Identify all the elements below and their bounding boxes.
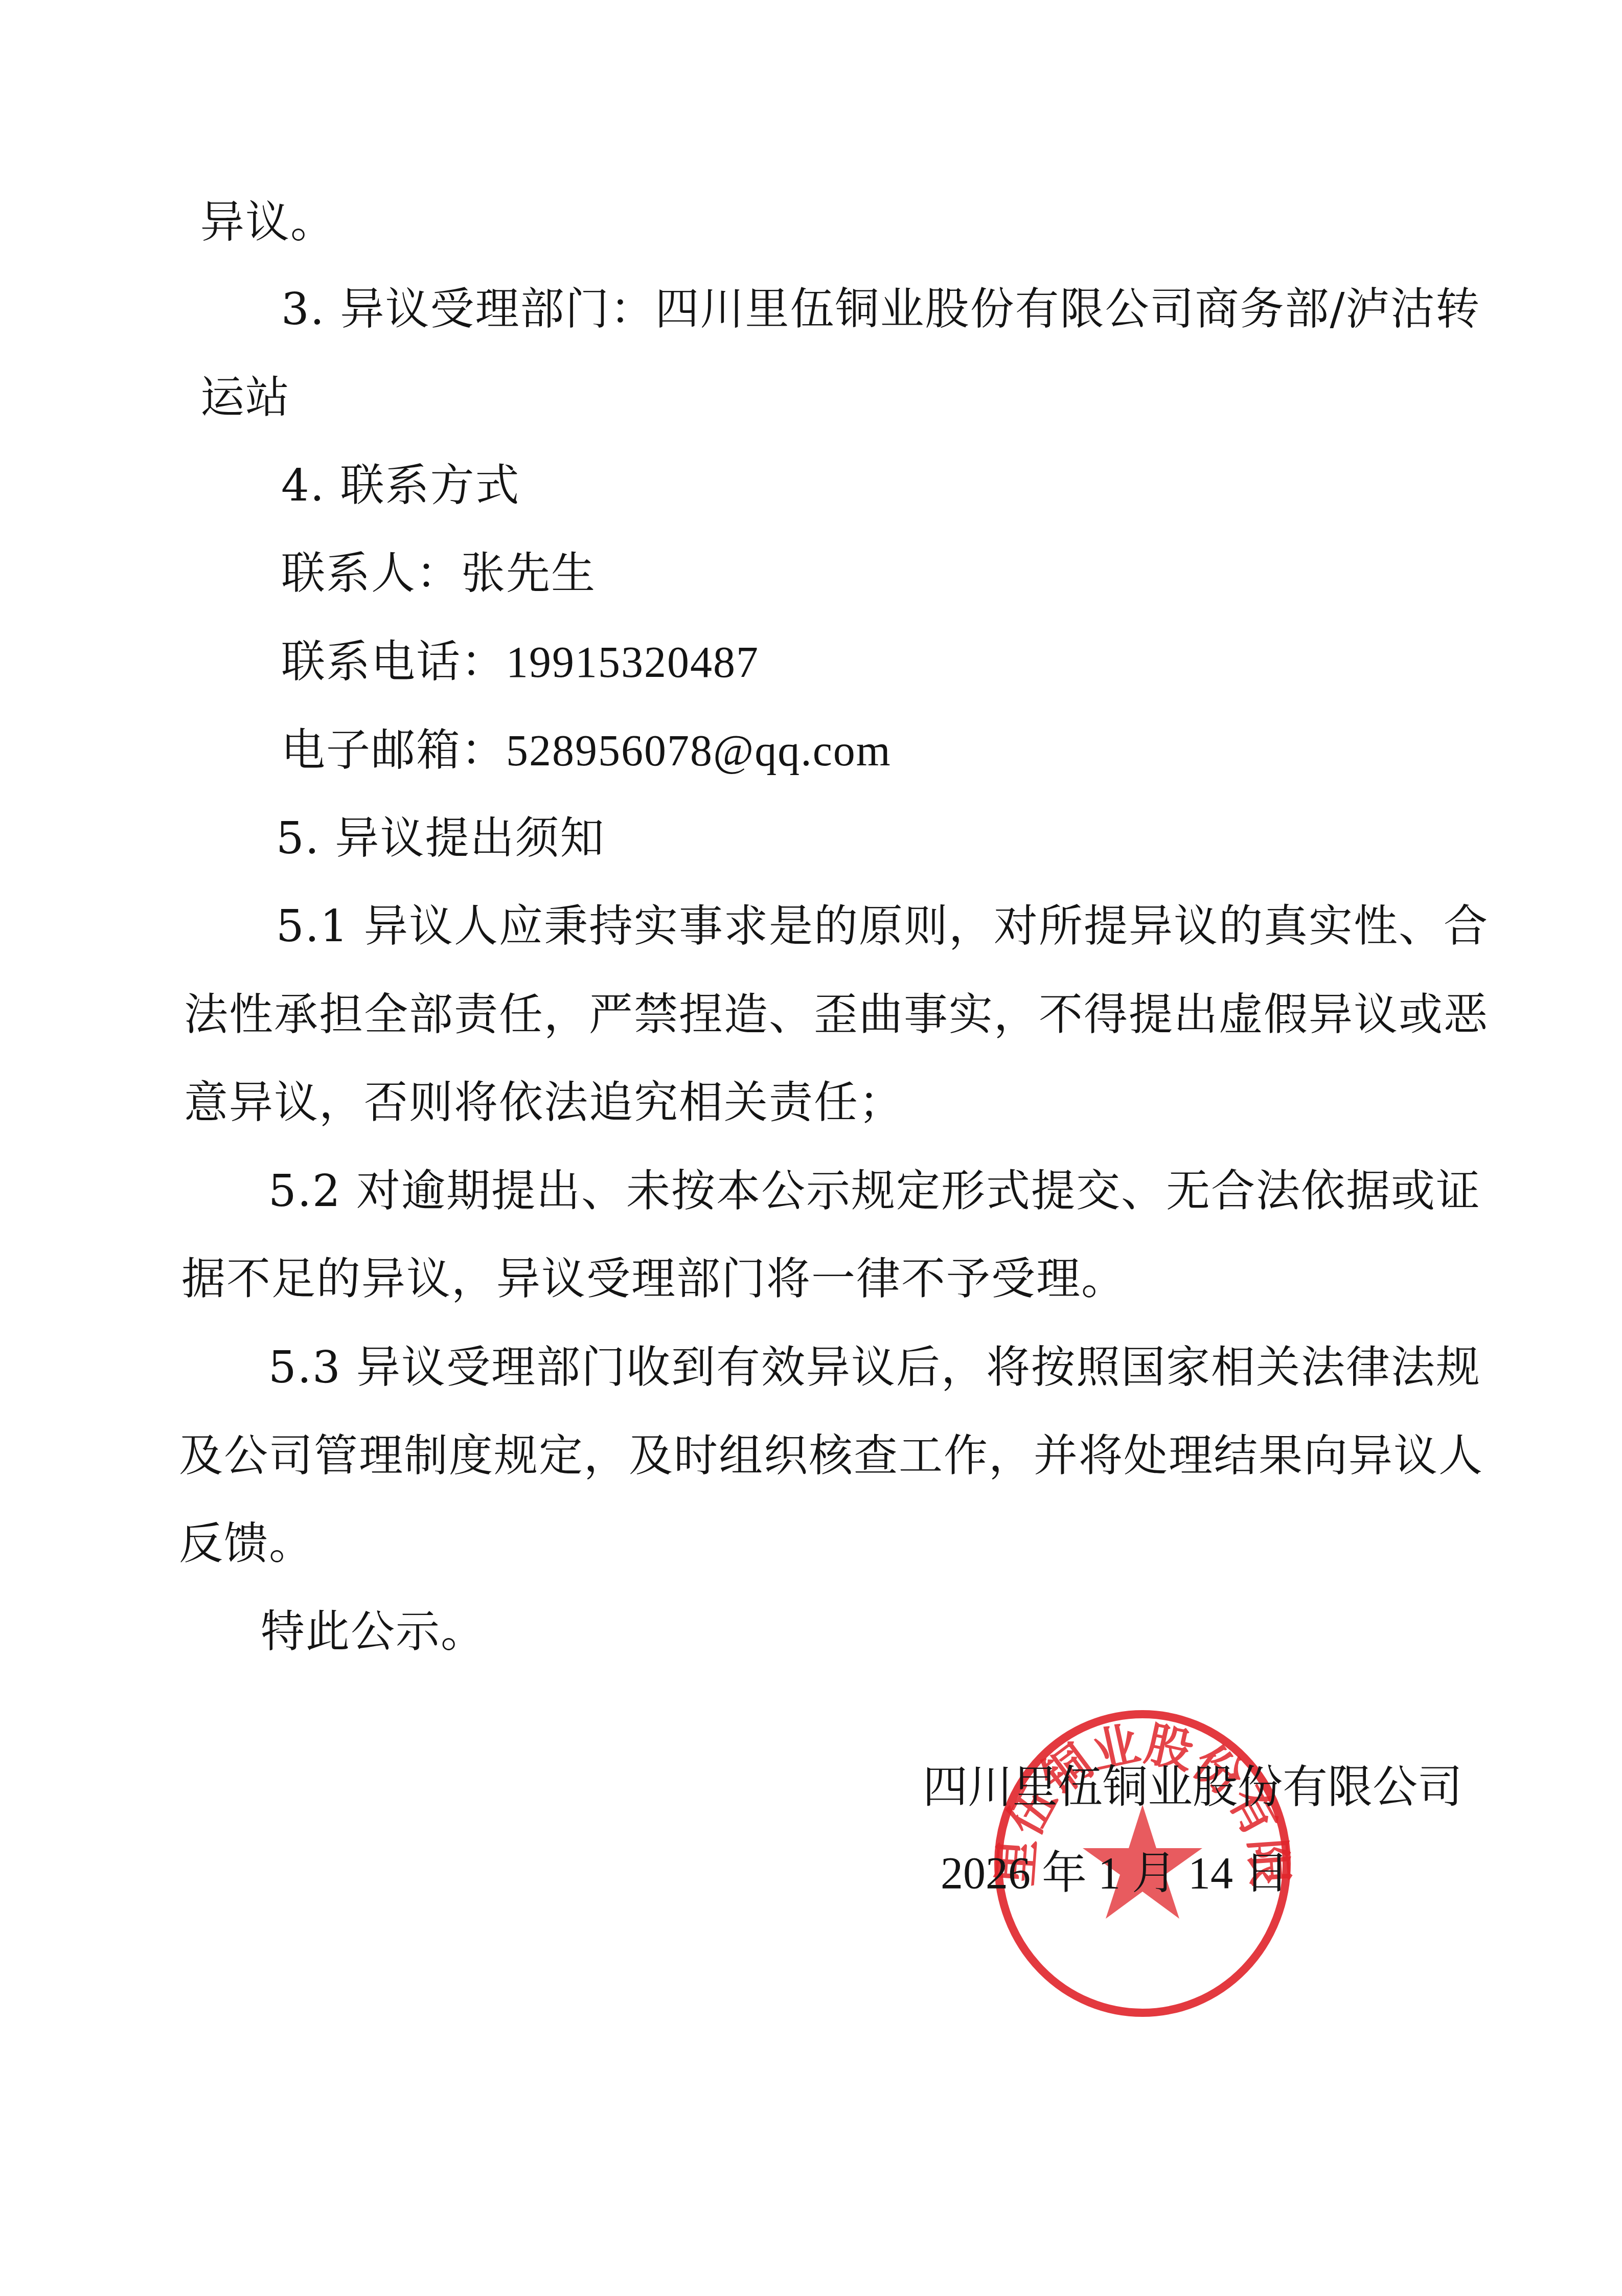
continuation-text: 异议。 — [200, 197, 335, 248]
section-3-continuation: 运站 — [200, 372, 290, 423]
section-5-3-line-3: 反馈。 — [179, 1518, 314, 1570]
contact-phone: 联系电话：19915320487 — [281, 636, 759, 688]
closing-statement: 特此公示。 — [261, 1606, 486, 1657]
contact-email: 电子邮箱：528956078@qq.com — [281, 725, 892, 776]
section-3-title: 3. 异议受理部门：四川里伍铜业股份有限公司商务部/泸沽转 — [281, 284, 1480, 335]
section-5-3-line-1: 5.3 异议受理部门收到有效异议后，将按照国家相关法律法规 — [268, 1342, 1481, 1393]
section-5-title: 5. 异议提出须知 — [276, 813, 605, 864]
contact-person: 联系人：张先生 — [281, 548, 596, 599]
section-5-2-line-2: 据不足的异议，异议受理部门将一律不予受理。 — [181, 1254, 1126, 1305]
signature-company: 四川里伍铜业股份有限公司 — [923, 1761, 1463, 1812]
section-5-1-line-2: 法性承担全部责任，严禁捏造、歪曲事实，不得提出虚假异议或恶 — [184, 989, 1489, 1040]
signature-date: 2026 年 1 月 14 日 — [941, 1848, 1289, 1899]
section-5-2-line-1: 5.2 对逾期提出、未按本公示规定形式提交、无合法依据或证 — [268, 1166, 1481, 1217]
section-5-3-line-2: 及公司管理制度规定，及时组织核查工作，并将处理结果向异议人 — [179, 1430, 1483, 1482]
section-4-title: 4. 联系方式 — [281, 460, 520, 511]
section-5-1-line-3: 意异议，否则将依法追究相关责任； — [184, 1077, 904, 1128]
section-5-1-line-1: 5.1 异议人应秉持实事求是的原则，对所提异议的真实性、合 — [276, 901, 1489, 952]
